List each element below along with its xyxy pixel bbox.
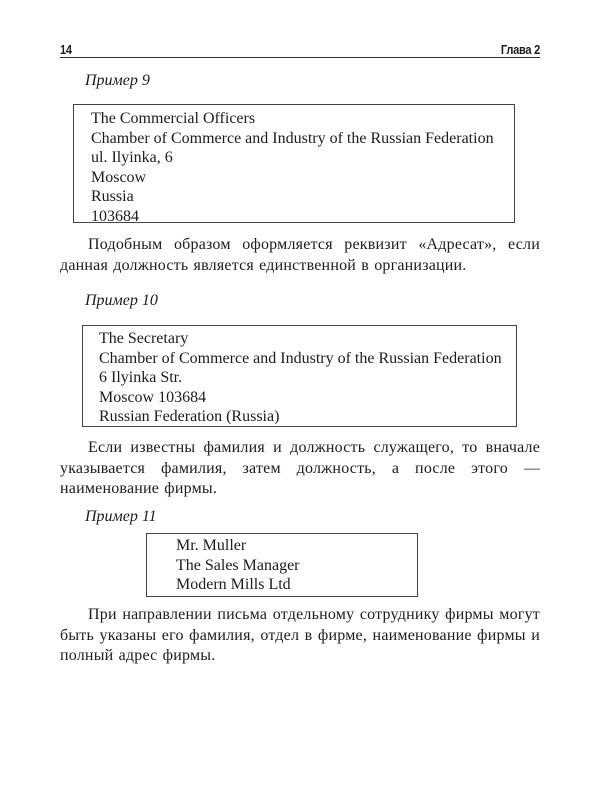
chapter-title: Глава 2 bbox=[501, 42, 540, 57]
example-10-address-box: The Secretary Chamber of Commerce and In… bbox=[82, 325, 517, 427]
address-line: Mr. Muller bbox=[176, 536, 417, 556]
address-line: 6 Ilyinka Str. bbox=[99, 368, 516, 388]
address-line: ul. Ilyinka, 6 bbox=[91, 148, 514, 168]
example-9-title: Пример 9 bbox=[85, 72, 150, 90]
paragraph-3: При направлении письма отдельному сотруд… bbox=[60, 605, 540, 667]
running-header: 14 Глава 2 bbox=[60, 42, 540, 58]
address-line: The Secretary bbox=[99, 329, 516, 349]
paragraph-1: Подобным образом оформляется реквизит «А… bbox=[60, 235, 540, 276]
example-9-address-box: The Commercial Officers Chamber of Comme… bbox=[73, 104, 515, 223]
address-line: 103684 bbox=[91, 207, 514, 227]
address-line: Modern Mills Ltd bbox=[176, 575, 417, 595]
address-line: Chamber of Commerce and Industry of the … bbox=[91, 129, 514, 149]
paragraph-2: Если известны фамилия и должность служащ… bbox=[60, 438, 540, 500]
address-line: Russia bbox=[91, 187, 514, 207]
example-11-address-box: Mr. Muller The Sales Manager Modern Mill… bbox=[146, 533, 418, 597]
address-line: Moscow bbox=[91, 168, 514, 188]
address-line: The Sales Manager bbox=[176, 556, 417, 576]
address-line: Chamber of Commerce and Industry of the … bbox=[99, 349, 516, 369]
address-line: Russian Federation (Russia) bbox=[99, 407, 516, 427]
example-11-title: Пример 11 bbox=[85, 508, 157, 526]
page-number: 14 bbox=[60, 42, 72, 57]
address-line: The Commercial Officers bbox=[91, 109, 514, 129]
example-10-title: Пример 10 bbox=[85, 292, 158, 310]
address-line: Moscow 103684 bbox=[99, 388, 516, 408]
